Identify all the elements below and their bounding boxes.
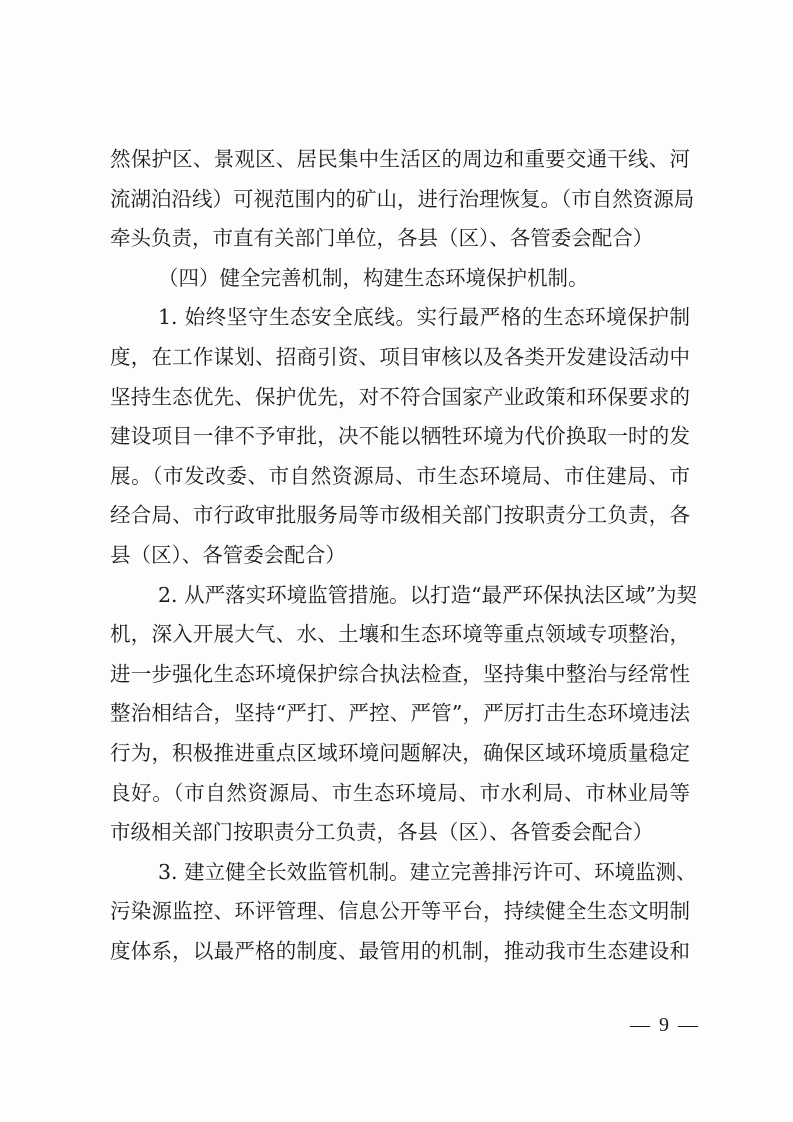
text-line: 然保护区、景观区、居民集中生活区的周边和重要交通干线、河 — [110, 140, 690, 180]
text-line: 经合局、市行政审批服务局等市级相关部门按职责分工负责，各 — [110, 496, 690, 536]
item-3-first-line: 3. 建立健全长效监管机制。建立完善排污许可、环境监测、 — [110, 853, 690, 893]
text-line: 整治相结合，坚持“严打、严控、严管”，严厉打击生态环境违法 — [110, 694, 690, 734]
text-line: 市级相关部门按职责分工负责，各县（区）、各管委会配合） — [110, 813, 690, 853]
text-line: 度体系，以最严格的制度、最管用的机制，推动我市生态建设和 — [110, 932, 690, 972]
text-line: 度，在工作谋划、招商引资、项目审核以及各类开发建设活动中 — [110, 338, 690, 378]
text-line: 良好。（市自然资源局、市生态环境局、市水利局、市林业局等 — [110, 774, 690, 814]
item-2-first-line: 2. 从严落实环境监管措施。以打造“最严环保执法区域”为契 — [110, 576, 690, 616]
item-1-first-line: 1. 始终坚守生态安全底线。实行最严格的生态环境保护制 — [110, 298, 690, 338]
text-line: 牵头负责，市直有关部门单位，各县（区）、各管委会配合） — [110, 219, 690, 259]
body-text: 然保护区、景观区、居民集中生活区的周边和重要交通干线、河 流湖泊沿线）可视范围内… — [110, 140, 690, 971]
text-line: 进一步强化生态环境保护综合执法检查，坚持集中整治与经常性 — [110, 655, 690, 695]
section-heading: （四）健全完善机制，构建生态环境保护机制。 — [110, 259, 690, 299]
document-page: 然保护区、景观区、居民集中生活区的周边和重要交通干线、河 流湖泊沿线）可视范围内… — [0, 0, 793, 1122]
text-line: 坚持生态优先、保护优先，对不符合国家产业政策和环保要求的 — [110, 378, 690, 418]
text-line: 污染源监控、环评管理、信息公开等平台，持续健全生态文明制 — [110, 892, 690, 932]
text-line: 行为，积极推进重点区域环境问题解决，确保区域环境质量稳定 — [110, 734, 690, 774]
page-number: — 9 — — [630, 1014, 700, 1037]
text-line: 建设项目一律不予审批，决不能以牺牲环境为代价换取一时的发 — [110, 417, 690, 457]
text-line: 展。（市发改委、市自然资源局、市生态环境局、市住建局、市 — [110, 457, 690, 497]
text-line: 县（区）、各管委会配合） — [110, 536, 690, 576]
text-line: 机，深入开展大气、水、土壤和生态环境等重点领域专项整治， — [110, 615, 690, 655]
text-line: 流湖泊沿线）可视范围内的矿山，进行治理恢复。（市自然资源局 — [110, 180, 690, 220]
